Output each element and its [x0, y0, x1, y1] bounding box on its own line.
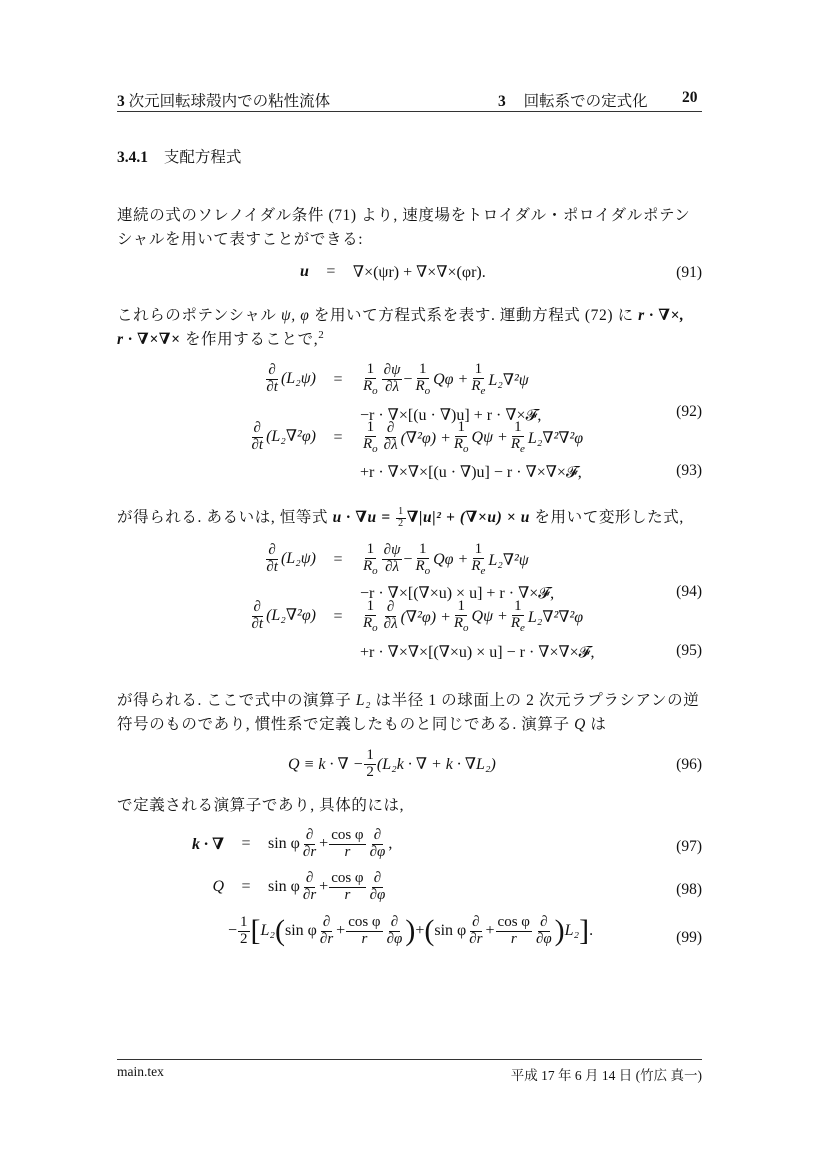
equation-number: (93): [676, 462, 702, 480]
paragraph-line: で定義される演算子であり, 具体的には,: [117, 793, 404, 815]
running-header-left: 3 次元回転球殻内での粘性流体: [117, 89, 330, 111]
equation-number: (98): [676, 881, 702, 899]
paragraph-line: シャルを用いて表すことができる:: [117, 227, 363, 249]
page-number: 20: [682, 89, 698, 107]
section-heading: 3.4.1 支配方程式: [117, 145, 241, 167]
equation-number: (97): [676, 838, 702, 856]
footnote-marker[interactable]: 2: [318, 329, 324, 341]
header-rule: [117, 111, 702, 112]
header-number: 3: [117, 93, 125, 110]
paragraph-line: これらのポテンシャル ψ, φ を用いて方程式系を表す. 運動方程式 (72) …: [117, 303, 684, 325]
chapter-number: 3: [498, 93, 506, 110]
equation-number: (95): [676, 642, 702, 660]
equation-97: k · ∇ = sin φ ∂∂r + cos φr ∂∂φ,: [158, 828, 392, 861]
footer-filename: main.tex: [117, 1064, 164, 1080]
equation-number: (99): [676, 929, 702, 947]
chapter-title: 回転系での定式化: [524, 93, 648, 110]
paragraph-line: 連続の式のソレノイダル条件 (71) より, 速度場をトロイダル・ポロイダルポテ…: [117, 203, 690, 225]
section-title: 支配方程式: [164, 149, 242, 166]
equation-98: Q = sin φ ∂∂r + cos φr ∂∂φ: [158, 871, 388, 904]
paragraph-line: が得られる. あるいは, 恒等式 u · ∇u = 12∇|u|² + (∇×u…: [117, 505, 684, 529]
equation-95-line1: ∂∂t(L₂∇²φ) = 1Ro ∂∂λ (∇²φ) + 1Ro Qψ + 1R…: [214, 599, 583, 634]
equation-91: u = ∇×(ψr) + ∇×∇×(φr).: [300, 262, 486, 282]
paragraph-line: 符号のものであり, 慣性系で定義したものと同じである. 演算子 Q は: [117, 712, 606, 734]
footer-rule: [117, 1059, 702, 1060]
equation-number: (96): [676, 756, 702, 774]
paragraph-line: が得られる. ここで式中の演算子 L₂ は半径 1 の球面上の 2 次元ラプラシ…: [117, 688, 699, 710]
section-number: 3.4.1: [117, 149, 148, 166]
equation-99: − 12 [ L₂ ( sin φ ∂∂r + cos φr ∂∂φ ) + (…: [228, 915, 593, 948]
equation-number: (94): [676, 583, 702, 601]
equation-96: Q ≡ k · ∇ − 12 (L₂k · ∇ + k · ∇L₂): [288, 748, 496, 781]
running-header-right: 3 回転系での定式化: [498, 89, 648, 111]
header-title: 次元回転球殻内での粘性流体: [129, 93, 331, 110]
paragraph-line: r · ∇×∇× を作用することで,2: [117, 327, 324, 349]
equation-95-line2: +r · ∇×∇×[(∇×u) × u] − r · ∇×∇×𝓕,: [360, 642, 594, 662]
equation-93-line2: +r · ∇×∇×[(u · ∇)u] − r · ∇×∇×𝓕,: [360, 462, 582, 482]
equation-number: (91): [676, 264, 702, 282]
footer-date-author: 平成 17 年 6 月 14 日 (竹広 真一): [511, 1064, 702, 1084]
equation-93-line1: ∂∂t(L₂∇²φ) = 1Ro ∂∂λ (∇²φ) + 1Ro Qψ + 1R…: [214, 420, 583, 455]
equation-number: (92): [676, 403, 702, 421]
equation-92-line1: ∂∂t(L₂ψ) = 1Ro ∂ψ∂λ − 1Ro Qφ + 1Re L₂∇²ψ: [226, 362, 529, 397]
equation-94-line1: ∂∂t(L₂ψ) = 1Ro ∂ψ∂λ − 1Ro Qφ + 1Re L₂∇²ψ: [226, 542, 529, 577]
